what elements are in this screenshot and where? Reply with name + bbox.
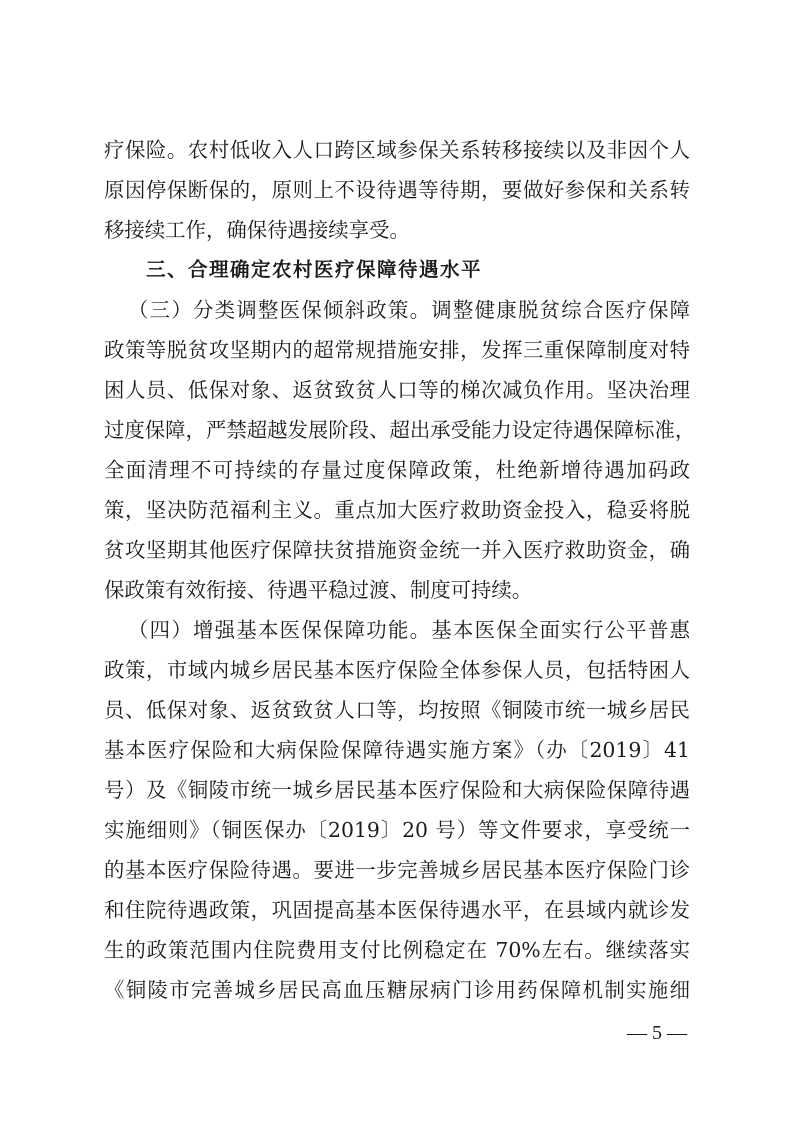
paragraph-line: 员、低保对象、返贫致贫人口等，均按照《铜陵市统一城乡居民	[104, 695, 690, 725]
paragraph-line: 的基本医疗保险待遇。要进一步完善城乡居民基本医疗保险门诊	[104, 855, 690, 885]
paragraph-line: 保政策有效衔接、待遇平稳过渡、制度可持续。	[104, 575, 690, 605]
section-heading: 三、合理确定农村医疗保障待遇水平	[146, 255, 690, 285]
paragraph-line: 基本医疗保险和大病保险保障待遇实施方案》（办〔2019〕41	[104, 735, 690, 765]
paragraph-line: 《铜陵市完善城乡居民高血压糖尿病门诊用药保障机制实施细	[104, 975, 690, 1005]
paragraph-line: 贫攻坚期其他医疗保障扶贫措施资金统一并入医疗救助资金，确	[104, 535, 690, 565]
item-4-title-line: （四）增强基本医保保障功能。基本医保全面实行公平普惠	[128, 615, 690, 645]
paragraph-line: 疗保险。农村低收入人口跨区域参保关系转移接续以及非因个人	[104, 135, 690, 165]
item-3-title-line: （三）分类调整医保倾斜政策。调整健康脱贫综合医疗保障	[128, 295, 690, 325]
paragraph-line: 生的政策范围内住院费用支付比例稳定在 70%左右。继续落实	[104, 935, 690, 965]
paragraph-line: 移接续工作，确保待遇接续享受。	[104, 215, 690, 245]
page-number: — 5 —	[622, 1018, 692, 1048]
paragraph-line: 政策等脱贫攻坚期内的超常规措施安排，发挥三重保障制度对特	[104, 335, 690, 365]
paragraph-line: 困人员、低保对象、返贫致贫人口等的梯次减负作用。坚决治理	[104, 375, 690, 405]
paragraph-line: 实施细则》（铜医保办〔2019〕20 号）等文件要求，享受统一	[104, 815, 690, 845]
paragraph-line: 过度保障，严禁超越发展阶段、超出承受能力设定待遇保障标准，	[104, 415, 690, 445]
paragraph-line: 策，坚决防范福利主义。重点加大医疗救助资金投入，稳妥将脱	[104, 495, 690, 525]
paragraph-line: 号）及《铜陵市统一城乡居民基本医疗保险和大病保险保障待遇	[104, 775, 690, 805]
paragraph-line: 全面清理不可持续的存量过度保障政策，杜绝新增待遇加码政	[104, 455, 690, 485]
document-page: 疗保险。农村低收入人口跨区域参保关系转移接续以及非因个人 原因停保断保的，原则上…	[0, 0, 793, 1122]
paragraph-line: 政策，市域内城乡居民基本医疗保险全体参保人员，包括特困人	[104, 655, 690, 685]
paragraph-line: 和住院待遇政策，巩固提高基本医保待遇水平，在县域内就诊发	[104, 895, 690, 925]
paragraph-line: 原因停保断保的，原则上不设待遇等待期，要做好参保和关系转	[104, 175, 690, 205]
